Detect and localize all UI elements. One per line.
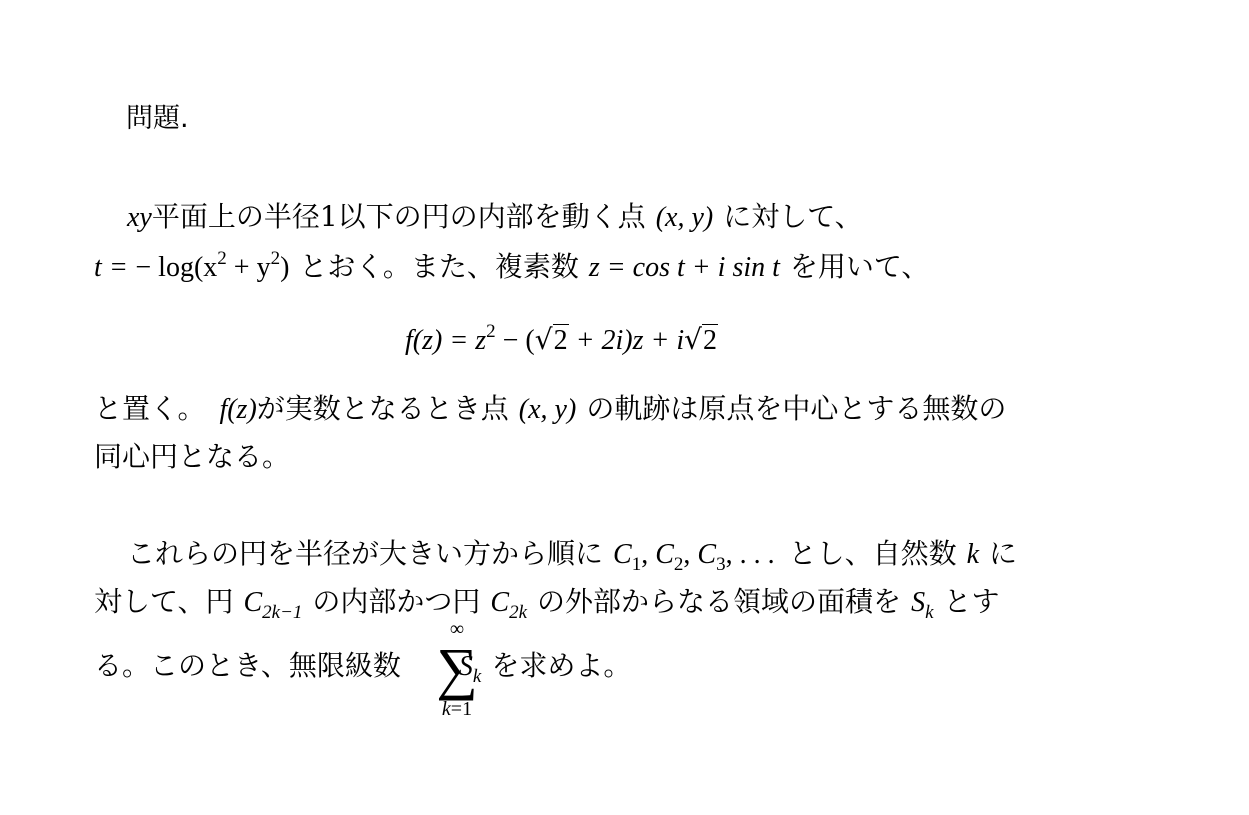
c-letter: C (243, 587, 262, 618)
text: 平面上の半径1以下の円の内部を動く点 (152, 200, 646, 233)
c-letter: C (697, 539, 716, 570)
sum-start: =1 (451, 698, 472, 720)
s-letter: S (911, 587, 925, 618)
sqrt-2: √2 (535, 322, 569, 359)
close-paren: ) (280, 252, 289, 283)
subscript: 3 (716, 554, 726, 575)
exponent: 2 (486, 321, 496, 342)
var-k: k (967, 539, 979, 570)
plus-y: + y (227, 252, 271, 283)
paragraph1-line3: と置く。f(z)が実数となるとき点(x, y)の軌跡は原点を中心とする無数の (94, 391, 1006, 428)
exponent: 2 (271, 248, 281, 269)
text: とおく。また、複素数 (299, 250, 578, 283)
subscript: 2k−1 (262, 602, 302, 623)
equation-mid: − ( (496, 325, 535, 356)
document-page: 問題. xy平面上の半径1以下の円の内部を動く点(x, y)に対して、 t = … (0, 0, 1249, 815)
display-equation: f(z) = z2 − (√2 + 2i)z + i√2 (405, 322, 718, 359)
text: とす (944, 585, 1000, 618)
text: の内部かつ円 (312, 585, 480, 618)
ellipsis: , . . . (726, 539, 775, 570)
equation-mid2: + 2i)z + i (569, 325, 685, 356)
text: に (989, 537, 1017, 570)
var-xy: xy (127, 202, 152, 233)
c-letter: C (655, 539, 674, 570)
subscript: 2 (674, 554, 684, 575)
point-xy: (x, y) (519, 394, 577, 425)
log-expr: − log(x (135, 252, 217, 283)
text: が実数となるとき点 (257, 392, 509, 425)
radical-icon: √ (684, 323, 702, 356)
subscript: 2k (509, 602, 527, 623)
text: これらの円を半径が大きい方から順に (127, 537, 603, 570)
exponent: 2 (217, 248, 227, 269)
subscript: 1 (632, 554, 642, 575)
sqrt-2: √2 (684, 322, 718, 359)
summation: ∞ ∑ k=1 (428, 618, 486, 720)
text: 対して、円 (94, 585, 233, 618)
c-letter: C (613, 539, 632, 570)
z-definition: z = cos t + i sin t (589, 252, 780, 283)
sum-index: k (442, 698, 451, 720)
text: に対して、 (723, 200, 862, 233)
text: を求めよ。 (491, 649, 631, 682)
equals: = (111, 252, 127, 283)
paragraph1-line4: 同心円となる。 (94, 439, 290, 475)
subscript: k (925, 602, 933, 623)
paragraph2-line1: これらの円を半径が大きい方から順にC1, C2, C3, . . .とし、自然数… (127, 536, 1017, 573)
paragraph1-line2: t = − log(x2 + y2)とおく。また、複素数z = cos t + … (94, 249, 929, 286)
text: とし、自然数 (789, 537, 957, 570)
problem-heading: 問題. (126, 101, 189, 137)
f-of-z: f(z) (219, 394, 256, 425)
paragraph2-line2: 対して、円C2k−1の内部かつ円C2kの外部からなる領域の面積をSkとす (94, 584, 1000, 621)
heading-text: 問題. (126, 103, 189, 134)
paragraph1-line1: xy平面上の半径1以下の円の内部を動く点(x, y)に対して、 (127, 199, 863, 236)
point-xy: (x, y) (656, 202, 714, 233)
c-letter: C (490, 587, 509, 618)
sum-lower-limit: k=1 (428, 698, 486, 720)
radical-icon: √ (535, 323, 553, 356)
paragraph2-line3: る。このとき、無限級数Skを求めよ。 (94, 648, 631, 685)
text: と置く。 (94, 392, 205, 425)
text: 同心円となる。 (94, 440, 290, 473)
equation-lhs: f(z) = z (405, 325, 486, 356)
text: る。このとき、無限級数 (94, 649, 401, 682)
text: の軌跡は原点を中心とする無数の (586, 392, 1006, 425)
sigma-icon: ∑ (428, 640, 486, 698)
text: の外部からなる領域の面積を (537, 585, 901, 618)
var-t: t (94, 252, 102, 283)
text: を用いて、 (790, 250, 929, 283)
